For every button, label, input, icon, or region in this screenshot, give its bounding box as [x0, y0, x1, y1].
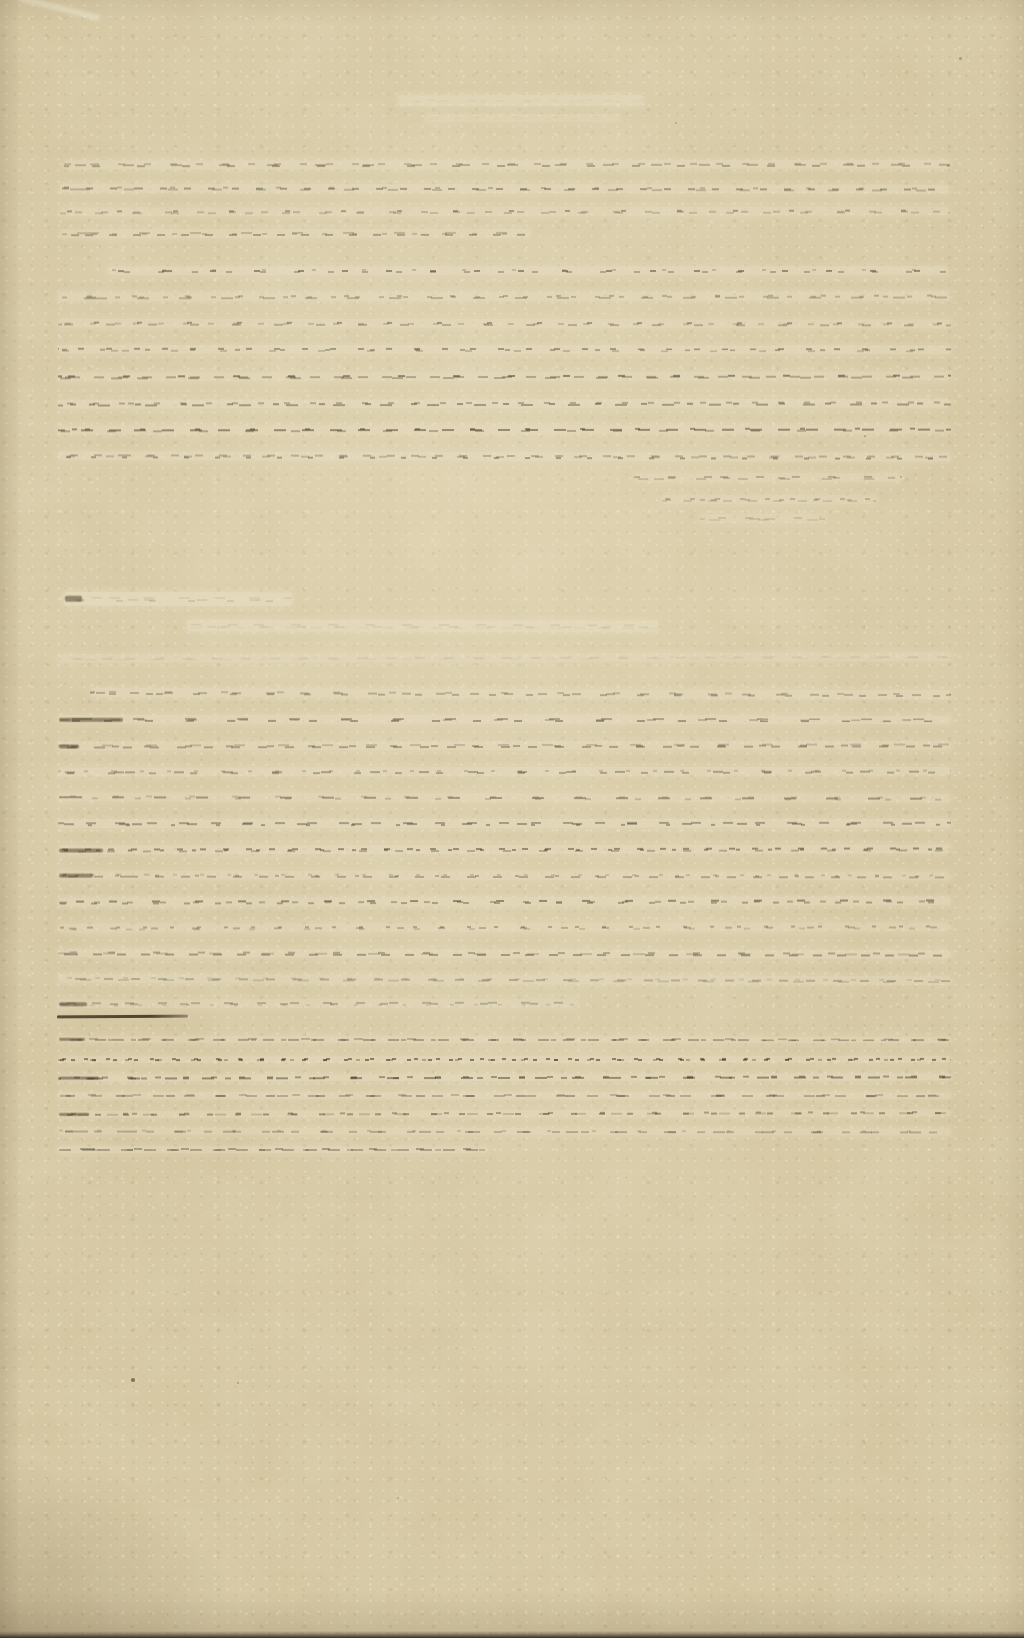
paper-speck — [959, 57, 962, 60]
ghost-text-line — [58, 345, 951, 355]
ghost-text-line — [58, 652, 951, 663]
paper-speck — [237, 1382, 239, 1384]
ghost-text-line — [58, 1146, 488, 1153]
ghost-bold-word — [59, 848, 103, 852]
scanned-document-page — [0, 0, 1024, 1638]
ghost-text-line — [58, 767, 951, 777]
ghost-text-line — [58, 740, 951, 750]
ghost-text-line — [60, 229, 530, 238]
ghost-text-layer — [0, 0, 1024, 1638]
paper-speck — [131, 1378, 135, 1382]
ghost-text-line — [60, 183, 950, 193]
ghost-text-line — [108, 266, 948, 275]
ghost-bold-word — [59, 1038, 85, 1041]
ghost-text-line — [58, 398, 951, 408]
ghost-text-line — [58, 1036, 951, 1043]
ghost-text-line — [58, 1073, 951, 1081]
ghost-bold-word — [59, 1113, 89, 1116]
paper-speckle-overlay — [0, 0, 1024, 1638]
paper-speck — [675, 122, 677, 124]
ghost-text-line — [58, 819, 951, 828]
ghost-text-line — [634, 473, 902, 482]
ghost-text-line — [58, 974, 951, 985]
ghost-text-line — [58, 844, 951, 854]
ghost-text-line — [58, 1056, 951, 1063]
ghost-bold-word — [59, 1002, 87, 1006]
ghost-text-line — [58, 1092, 951, 1099]
ghost-text-line — [58, 999, 578, 1009]
ghost-bold-word — [59, 1077, 99, 1080]
page-bottom-edge-shadow — [0, 1631, 1024, 1638]
scan-edge-vignette — [0, 0, 1024, 1638]
ghost-text-line — [58, 715, 951, 724]
ghost-text-line — [58, 922, 951, 932]
ghost-text-line — [58, 372, 951, 382]
ghost-bold-word — [59, 744, 79, 748]
ghost-text-line — [700, 514, 825, 523]
ghost-text-line — [58, 1109, 951, 1118]
ghost-text-line — [398, 95, 643, 106]
ghost-text-line — [58, 451, 951, 462]
ghost-bold-word — [65, 596, 82, 602]
paper-fiber-streak — [17, 0, 102, 21]
ghost-text-line — [64, 160, 950, 170]
ghost-bold-word — [59, 873, 93, 877]
paper-speck — [397, 1497, 399, 1499]
ghost-text-line — [58, 792, 951, 802]
ghost-text-line — [58, 948, 951, 958]
ghost-text-line — [662, 495, 877, 504]
ghost-text-line — [58, 425, 951, 435]
ghost-text-line — [188, 620, 658, 633]
footnote-divider-rule — [57, 1015, 188, 1019]
paper-center-glow — [0, 0, 1024, 1638]
ghost-text-line — [90, 688, 951, 699]
paper-speck — [864, 435, 866, 437]
ghost-text-line — [58, 319, 951, 329]
ghost-text-line — [60, 207, 950, 217]
ghost-bold-word — [59, 717, 123, 721]
ghost-text-line — [58, 292, 951, 302]
ghost-text-line — [425, 114, 620, 122]
ghost-text-line — [58, 896, 951, 906]
ghost-text-line — [58, 871, 951, 881]
ghost-text-line — [58, 1128, 951, 1136]
paper-grain-texture — [0, 0, 1024, 1638]
ghost-text-line — [64, 592, 292, 607]
